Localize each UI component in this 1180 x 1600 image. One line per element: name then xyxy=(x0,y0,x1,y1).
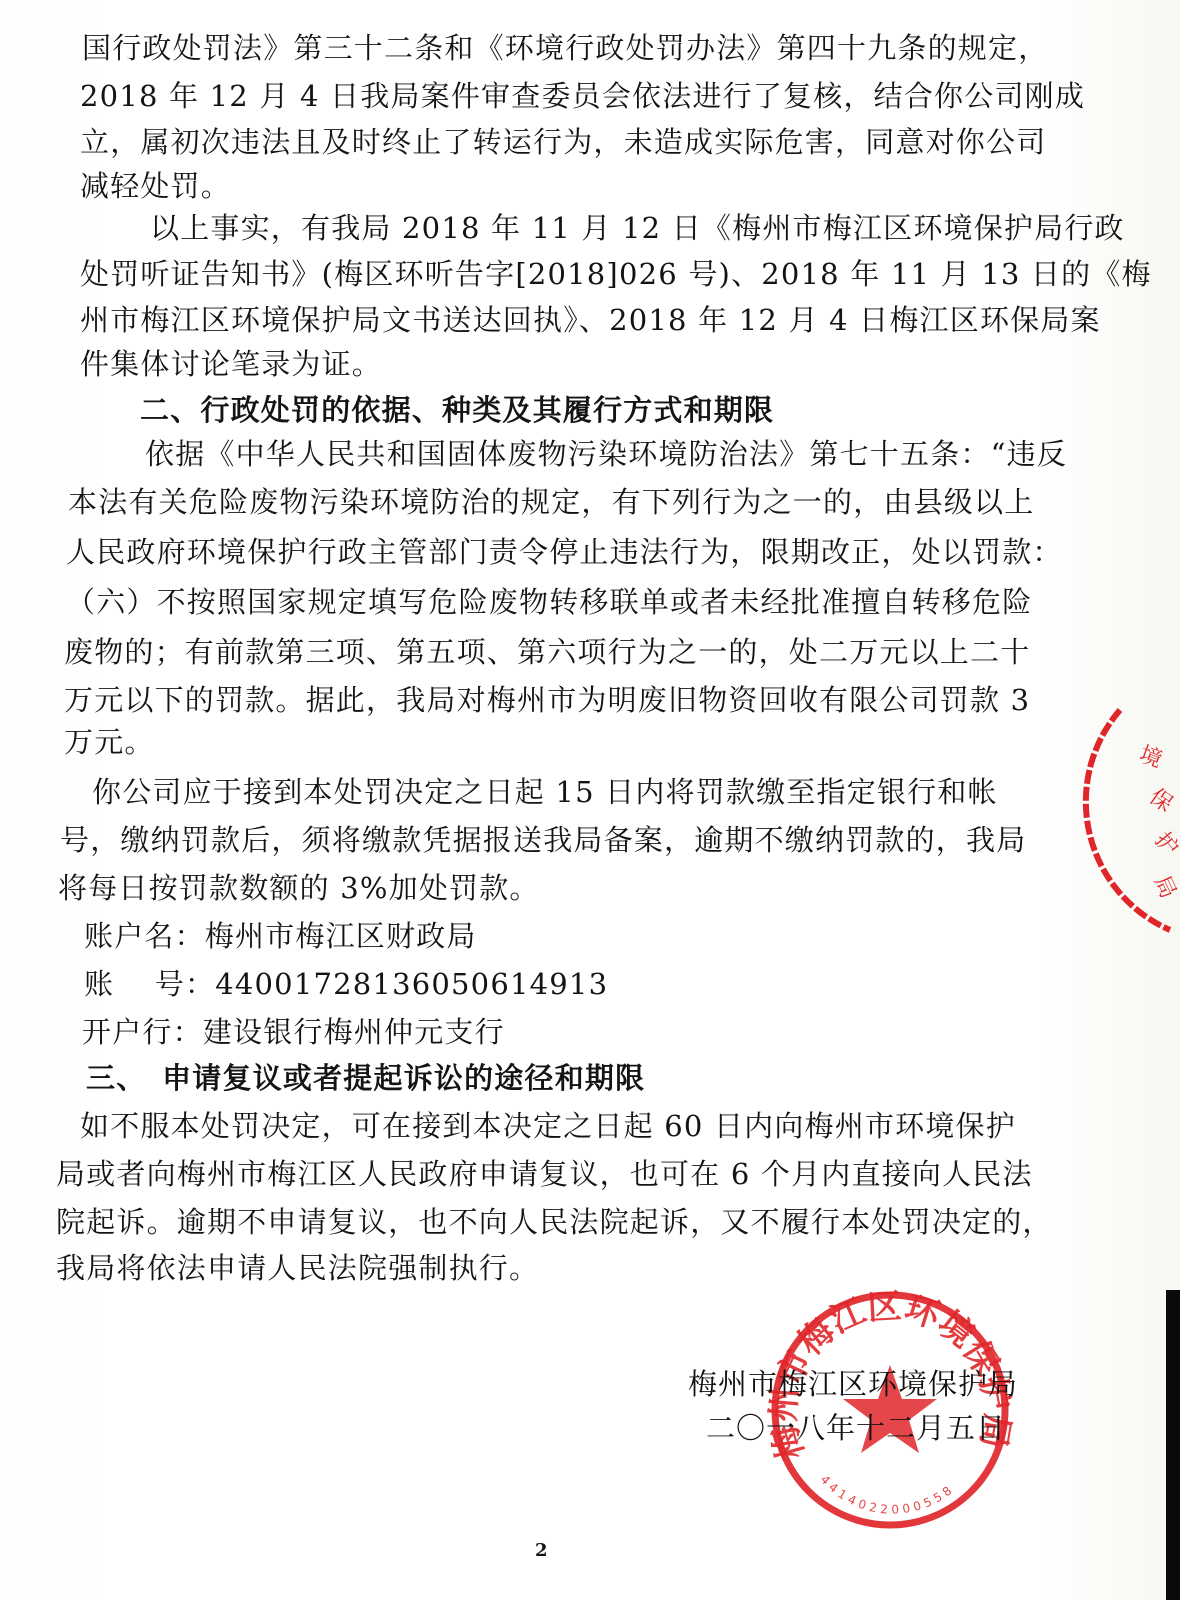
paragraph-2-line-1: 以上事实，有我局 2018 年 11 月 12 日《梅州市梅江区环境保护局行政 xyxy=(150,210,1125,246)
scan-edge-shadow xyxy=(1166,1290,1180,1600)
paragraph-1-line-1: 国行政处罚法》第三十二条和《环境行政处罚办法》第四十九条的规定， xyxy=(82,30,1048,66)
paragraph-4-line-3: 将每日按罚款数额的 3%加处罚款。 xyxy=(58,870,540,906)
svg-text:护: 护 xyxy=(1149,828,1180,861)
paragraph-3-line-1: 依据《中华人民共和国固体废物污染环境防治法》第七十五条：“违反 xyxy=(145,436,1067,472)
paragraph-1-line-3: 立，属初次违法且及时终止了转运行为，未造成实际危害，同意对你公司 xyxy=(80,124,1046,160)
partial-seal-right-edge: 境 保 护 局 xyxy=(1060,690,1180,950)
bank-account-name: 账户名：梅州市梅江区财政局 xyxy=(84,918,477,954)
paragraph-5-line-3: 院起诉。逾期不申请复议，也不向人民法院起诉，又不履行本处罚决定的， xyxy=(56,1204,1053,1240)
svg-text:局: 局 xyxy=(1149,872,1180,903)
paragraph-5-line-1: 如不服本处罚决定，可在接到本决定之日起 60 日内向梅州市环境保护 xyxy=(80,1108,1016,1144)
issuer-name: 梅州市梅江区环境保护局 xyxy=(688,1362,1018,1403)
paragraph-3-line-2: 本法有关危险废物污染环境防治的规定，有下列行为之一的，由县级以上 xyxy=(68,484,1034,520)
document-page: 国行政处罚法》第三十二条和《环境行政处罚办法》第四十九条的规定， 2018 年 … xyxy=(0,0,1180,1600)
svg-text:保: 保 xyxy=(1145,784,1177,817)
page-number: 2 xyxy=(535,1540,548,1561)
paragraph-4-line-1: 你公司应于接到本处罚决定之日起 15 日内将罚款缴至指定银行和帐 xyxy=(92,774,998,810)
bank-name: 开户行：建设银行梅州仲元支行 xyxy=(82,1014,505,1050)
section-3-heading: 三、 申请复议或者提起诉讼的途径和期限 xyxy=(86,1060,645,1096)
paragraph-2-line-3: 州市梅江区环境保护局文书送达回执》、2018 年 12 月 4 日梅江区环保局案 xyxy=(80,302,1101,338)
seal-code: 4414022000558 xyxy=(818,1472,958,1516)
paragraph-5-line-2: 局或者向梅州市梅江区人民政府申请复议，也可在 6 个月内直接向人民法 xyxy=(56,1156,1033,1192)
paragraph-3-line-5: 废物的；有前款第三项、第五项、第六项行为之一的，处二万元以上二十 xyxy=(64,634,1030,670)
svg-text:境: 境 xyxy=(1136,742,1165,773)
paragraph-4-line-2: 号，缴纳罚款后，须将缴款凭据报送我局备案，逾期不缴纳罚款的，我局 xyxy=(60,822,1026,858)
paragraph-2-line-2: 处罚听证告知书》(梅区环听告字[2018]026 号)、2018 年 11 月 … xyxy=(80,256,1152,292)
paragraph-3-line-7: 万元。 xyxy=(64,724,155,760)
section-2-heading: 二、行政处罚的依据、种类及其履行方式和期限 xyxy=(140,392,774,428)
paragraph-2-line-4: 件集体讨论笔录为证。 xyxy=(80,346,382,382)
paragraph-5-line-4: 我局将依法申请人民法院强制执行。 xyxy=(56,1250,539,1286)
paragraph-1-line-4: 减轻处罚。 xyxy=(80,168,231,204)
paragraph-1-line-2: 2018 年 12 月 4 日我局案件审查委员会依法进行了复核，结合你公司刚成 xyxy=(80,78,1085,114)
bank-account-number: 账 号：44001728136050614913 xyxy=(84,966,608,1002)
paragraph-3-line-6: 万元以下的罚款。据此，我局对梅州市为明废旧物资回收有限公司罚款 3 xyxy=(64,682,1030,718)
paragraph-3-line-3: 人民政府环境保护行政主管部门责令停止违法行为，限期改正，处以罚款： xyxy=(66,534,1063,570)
paragraph-3-line-4: （六）不按照国家规定填写危险废物转移联单或者未经批准擅自转移危险 xyxy=(66,584,1032,620)
svg-text:4414022000558: 4414022000558 xyxy=(818,1472,958,1516)
issue-date: 二〇一八年十二月五日 xyxy=(706,1406,1006,1447)
